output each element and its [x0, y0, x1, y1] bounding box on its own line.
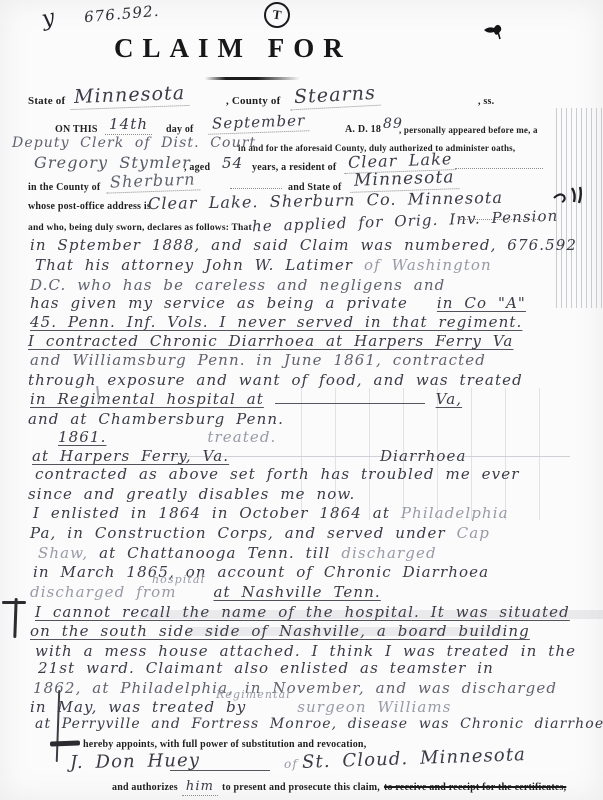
struck-scribble [50, 740, 80, 746]
body-text: Shaw, [38, 544, 88, 562]
body-text: Cap [457, 524, 490, 542]
body-line: Shaw, at Chattanooga Tenn. till discharg… [38, 544, 437, 562]
body-line: at Harpers Ferry, Va. Diarrhoea [32, 447, 467, 465]
state-label: State of [28, 95, 65, 107]
authorizes-row: and authorizes him to present and prosec… [112, 777, 566, 795]
ss-label: , ss. [478, 96, 494, 107]
post-office-value: Clear Lake. Sherburn Co. Minnesota [148, 188, 503, 213]
state-value: Minnesota [70, 82, 190, 110]
body-text: and at Chambersburg Penn. [28, 410, 284, 428]
body-text: discharged [341, 544, 436, 562]
body-line: I contracted Chronic Diarrhoea at Harper… [28, 332, 513, 350]
body-text: in Regimental hospital at [30, 390, 264, 408]
sworn-value: he applied for Orig. Inv. Pension [252, 207, 559, 236]
county-value: Stearns [289, 82, 380, 111]
body-line: since and greatly disables me now. [28, 485, 355, 503]
body-text: with a mess house attached. I think I wa… [35, 642, 576, 660]
county-of-label: in the County of [28, 182, 100, 193]
body-line: 21st ward. Claimant also enlisted as tea… [38, 659, 494, 677]
body-line: with a mess house attached. I think I wa… [35, 642, 576, 660]
page-title: CLAIM FOR [114, 33, 352, 64]
body-text: Philadelphia [401, 504, 509, 522]
body-line: in Sptember 1888, and said Claim was num… [30, 236, 577, 254]
squiggle-icon [552, 184, 590, 206]
county-residence-value: Sherburn [106, 169, 200, 193]
body-text: 1862, at Philadelphia, in November, and … [33, 679, 557, 697]
day-of-label: day of [166, 124, 194, 135]
body-line: in March 1865, on account of Chronic Dia… [33, 563, 489, 581]
body-text: in Co "A" [437, 294, 526, 312]
body-text: Va, [436, 390, 462, 408]
day-value: 14th [105, 115, 152, 135]
body-text: in Sptember 1888, and said Claim was num… [30, 236, 577, 254]
body-text: discharged from [30, 583, 177, 601]
body-text: at Nashville Tenn. [213, 583, 380, 601]
body-text: Pa, in Construction Corps, and served un… [30, 524, 446, 542]
ad-label: A. D. 18 [345, 124, 381, 135]
body-text: has given my service as being a private [30, 294, 408, 312]
circled-page-mark: T [262, 0, 291, 29]
age-value: 54 [222, 154, 243, 172]
body-text: surgeon Williams [297, 698, 451, 716]
present-label: to present and prosecute this claim, [222, 782, 380, 793]
appeared-label: , personally appeared before me, a [399, 125, 538, 135]
on-this-label: ON THIS [55, 124, 98, 135]
body-text: contracted as above set forth has troubl… [35, 465, 519, 483]
title-divider [205, 77, 300, 80]
body-line: at Perryville and Fortress Monroe, disea… [35, 716, 603, 732]
officer-value: Deputy Clerk of Dist. Court [12, 135, 256, 151]
body-text: I contracted Chronic Diarrhoea at Harper… [28, 332, 513, 350]
body-text: 45. Penn. Inf. Vols. I never served in t… [30, 313, 522, 331]
body-text: 21st ward. Claimant also enlisted as tea… [38, 659, 494, 677]
body-text: and Williamsburg Penn. in June 1861, con… [30, 351, 486, 369]
margin-t-mark-cap [2, 601, 26, 604]
body-text: since and greatly disables me now. [28, 485, 355, 503]
body-text: in May, was treated by [30, 698, 246, 716]
body-text: 1861. [58, 428, 106, 446]
smudge-band-artifact [140, 610, 603, 619]
body-text: treated. [207, 428, 276, 446]
claimant-name: Gregory Stymler [34, 153, 191, 172]
claim-number: 676.592. [83, 2, 160, 27]
body-text: at Perryville and Fortress Monroe, disea… [35, 716, 603, 732]
scanned-claim-document: y 676.592. T CLAIM FOR State of Minnesot… [0, 0, 603, 800]
signature-rule [170, 770, 270, 771]
body-line: 1861. treated. [58, 428, 276, 446]
body-line: has given my service as being a private … [30, 294, 526, 312]
body-line: That his attorney John W. Latimer of Was… [35, 256, 492, 274]
month-value: September [208, 111, 310, 135]
authorizes-label: and authorizes [112, 782, 178, 793]
struck-receipt-label: to receive and receipt for the certifica… [384, 782, 566, 793]
body-line: D.C. who has be careless and negligens a… [30, 276, 445, 294]
circled-page-mark-letter: T [272, 6, 283, 23]
body-text: through exposure and want of food, and w… [28, 371, 523, 389]
body-line: through exposure and want of food, and w… [28, 371, 523, 389]
county-label: , County of [226, 95, 280, 107]
body-line: discharged from at Nashville Tenn. [30, 583, 381, 601]
body-line: 45. Penn. Inf. Vols. I never served in t… [30, 313, 522, 331]
body-text: of Washington [364, 256, 492, 274]
blank-rule [275, 392, 425, 404]
body-line: and at Chambersburg Penn. [28, 410, 284, 428]
body-text: That his attorney John W. Latimer [35, 256, 353, 274]
body-line: in May, was treated by surgeon Williams [30, 698, 452, 716]
body-text: D.C. who has be careless and negligens a… [30, 276, 445, 294]
sworn-label: and who, being duly sworn, declares as f… [28, 223, 252, 233]
appoints-label: hereby appoints, with full power of subs… [83, 739, 366, 750]
body-text: in March 1865, on account of Chronic Dia… [33, 563, 489, 581]
years-resident-label: years, a resident of [252, 162, 336, 173]
smudge-band-artifact [187, 627, 503, 636]
rule-filler [455, 156, 543, 169]
margin-flourish-mark: y [40, 5, 58, 32]
of-label: of [284, 757, 298, 771]
him-value: him [182, 779, 218, 796]
body-line: Pa, in Construction Corps, and served un… [30, 524, 490, 542]
body-line: contracted as above set forth has troubl… [35, 465, 519, 483]
rule-filler [230, 176, 282, 189]
body-line: 1862, at Philadelphia, in November, and … [33, 679, 557, 697]
body-text: at Harpers Ferry, Va. [32, 447, 229, 465]
body-line: in Regimental hospital at Va, [30, 390, 462, 408]
body-line: and Williamsburg Penn. in June 1861, con… [30, 351, 486, 369]
post-office-label: whose post-office address is [28, 201, 151, 212]
ink-blot-mark [482, 20, 508, 45]
body-line: I enlisted in 1864 in October 1864 at Ph… [33, 504, 509, 522]
body-text: Diarrhoea [380, 447, 467, 465]
body-text: at Chattanooga Tenn. till [99, 544, 330, 562]
ink-blot-icon [482, 20, 508, 40]
body-text: I enlisted in 1864 in October 1864 at [33, 504, 390, 522]
